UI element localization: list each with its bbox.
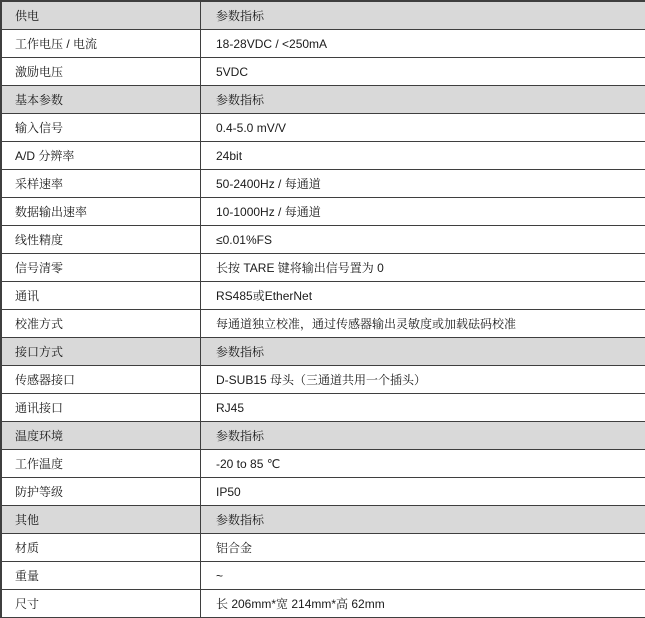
table-row: 工作电压 / 电流 18-28VDC / <250mA [2, 30, 645, 58]
section-header-row: 其他 参数指标 [2, 506, 645, 534]
param-name-cell: 通讯 [2, 282, 201, 309]
param-value-cell: 长 206mm*宽 214mm*高 62mm [201, 590, 645, 617]
param-name-cell: 工作温度 [2, 450, 201, 477]
param-value-cell: ~ [201, 562, 645, 589]
section-header-row: 基本参数 参数指标 [2, 86, 645, 114]
table-row: 通讯 RS485或EtherNet [2, 282, 645, 310]
param-name-cell: 信号清零 [2, 254, 201, 281]
table-row: A/D 分辨率 24bit [2, 142, 645, 170]
param-value-cell: 参数指标 [201, 86, 645, 113]
param-name-cell: 温度环境 [2, 422, 201, 449]
param-name-cell: 基本参数 [2, 86, 201, 113]
param-value-cell: -20 to 85 ℃ [201, 450, 645, 477]
param-name-cell: 激励电压 [2, 58, 201, 85]
param-name-cell: 材质 [2, 534, 201, 561]
param-name-cell: 通讯接口 [2, 394, 201, 421]
param-value-cell: 10-1000Hz / 每通道 [201, 198, 645, 225]
section-header-row: 供电 参数指标 [2, 2, 645, 30]
table-row: 数据输出速率 10-1000Hz / 每通道 [2, 198, 645, 226]
table-row: 校准方式 每通道独立校准，通过传感器输出灵敏度或加载砝码校准 [2, 310, 645, 338]
param-name-cell: 重量 [2, 562, 201, 589]
param-value-cell: 0.4-5.0 mV/V [201, 114, 645, 141]
param-value-cell: IP50 [201, 478, 645, 505]
param-value-cell: 参数指标 [201, 506, 645, 533]
param-value-cell: D-SUB15 母头（三通道共用一个插头） [201, 366, 645, 393]
table-row: 采样速率 50-2400Hz / 每通道 [2, 170, 645, 198]
param-name-cell: 数据输出速率 [2, 198, 201, 225]
param-name-cell: 尺寸 [2, 590, 201, 617]
param-value-cell: 18-28VDC / <250mA [201, 30, 645, 57]
param-value-cell: RS485或EtherNet [201, 282, 645, 309]
param-value-cell: 长按 TARE 键将输出信号置为 0 [201, 254, 645, 281]
param-name-cell: A/D 分辨率 [2, 142, 201, 169]
table-row: 材质 铝合金 [2, 534, 645, 562]
table-row: 输入信号 0.4-5.0 mV/V [2, 114, 645, 142]
param-value-cell: 24bit [201, 142, 645, 169]
section-header-row: 接口方式 参数指标 [2, 338, 645, 366]
param-value-cell: 参数指标 [201, 2, 645, 29]
param-value-cell: ≤0.01%FS [201, 226, 645, 253]
param-value-cell: 参数指标 [201, 422, 645, 449]
param-name-cell: 传感器接口 [2, 366, 201, 393]
param-name-cell: 输入信号 [2, 114, 201, 141]
param-name-cell: 其他 [2, 506, 201, 533]
param-name-cell: 接口方式 [2, 338, 201, 365]
table-row: 传感器接口 D-SUB15 母头（三通道共用一个插头） [2, 366, 645, 394]
param-name-cell: 线性精度 [2, 226, 201, 253]
table-row: 防护等级 IP50 [2, 478, 645, 506]
table-row: 尺寸 长 206mm*宽 214mm*高 62mm [2, 590, 645, 618]
table-row: 重量 ~ [2, 562, 645, 590]
param-name-cell: 工作电压 / 电流 [2, 30, 201, 57]
param-value-cell: 5VDC [201, 58, 645, 85]
param-name-cell: 采样速率 [2, 170, 201, 197]
table-row: 通讯接口 RJ45 [2, 394, 645, 422]
spec-table: 供电 参数指标 工作电压 / 电流 18-28VDC / <250mA 激励电压… [0, 0, 645, 618]
param-value-cell: RJ45 [201, 394, 645, 421]
table-row: 工作温度 -20 to 85 ℃ [2, 450, 645, 478]
param-value-cell: 参数指标 [201, 338, 645, 365]
section-header-row: 温度环境 参数指标 [2, 422, 645, 450]
param-name-cell: 供电 [2, 2, 201, 29]
table-row: 信号清零 长按 TARE 键将输出信号置为 0 [2, 254, 645, 282]
param-value-cell: 50-2400Hz / 每通道 [201, 170, 645, 197]
table-row: 激励电压 5VDC [2, 58, 645, 86]
param-value-cell: 每通道独立校准，通过传感器输出灵敏度或加载砝码校准 [201, 310, 645, 337]
param-name-cell: 校准方式 [2, 310, 201, 337]
param-value-cell: 铝合金 [201, 534, 645, 561]
param-name-cell: 防护等级 [2, 478, 201, 505]
table-row: 线性精度 ≤0.01%FS [2, 226, 645, 254]
